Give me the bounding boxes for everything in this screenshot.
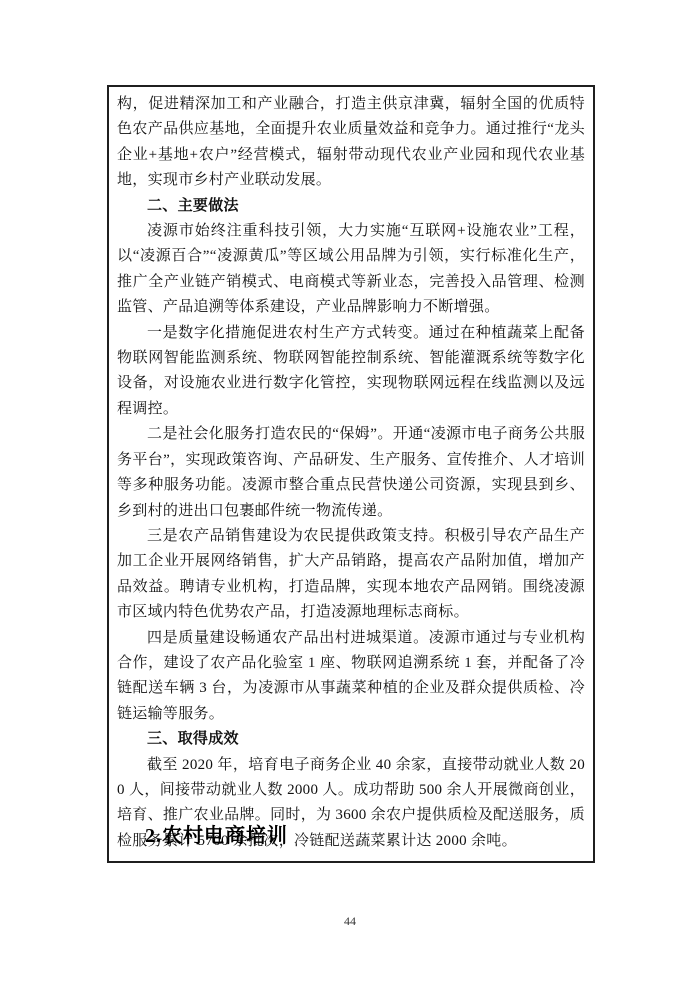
paragraph-overview: 凌源市始终注重科技引领，大力实施“互联网+设施农业”工程，以“凌源百合”“凌源黄… bbox=[117, 219, 585, 321]
paragraph-measure-1: 一是数字化措施促进农村生产方式转变。通过在种植蔬菜上配备物联网智能监测系统、物联… bbox=[117, 321, 585, 423]
heading-achievements: 三、取得成效 bbox=[117, 727, 585, 752]
paragraph-measure-3: 三是农产品销售建设为农民提供政策支持。积极引导农产品生产加工企业开展网络销售，扩… bbox=[117, 524, 585, 626]
section-heading-rural-ecommerce-training: 2.农村电商培训 bbox=[145, 819, 288, 848]
document-page: 构，促进精深加工和产业融合，打造主供京津冀，辐射全国的优质特色农产品供应基地，全… bbox=[0, 0, 700, 990]
bordered-text-box: 构，促进精深加工和产业融合，打造主供京津冀，辐射全国的优质特色农产品供应基地，全… bbox=[107, 85, 595, 863]
paragraph-measure-2: 二是社会化服务打造农民的“保姆”。开通“凌源市电子商务公共服务平台”，实现政策咨… bbox=[117, 422, 585, 524]
paragraph-continuation: 构，促进精深加工和产业融合，打造主供京津冀，辐射全国的优质特色农产品供应基地，全… bbox=[117, 92, 585, 194]
page-number: 44 bbox=[0, 914, 700, 929]
heading-main-measures: 二、主要做法 bbox=[117, 194, 585, 219]
paragraph-measure-4: 四是质量建设畅通农产品出村进城渠道。凌源市通过与专业机构合作，建设了农产品化验室… bbox=[117, 626, 585, 728]
